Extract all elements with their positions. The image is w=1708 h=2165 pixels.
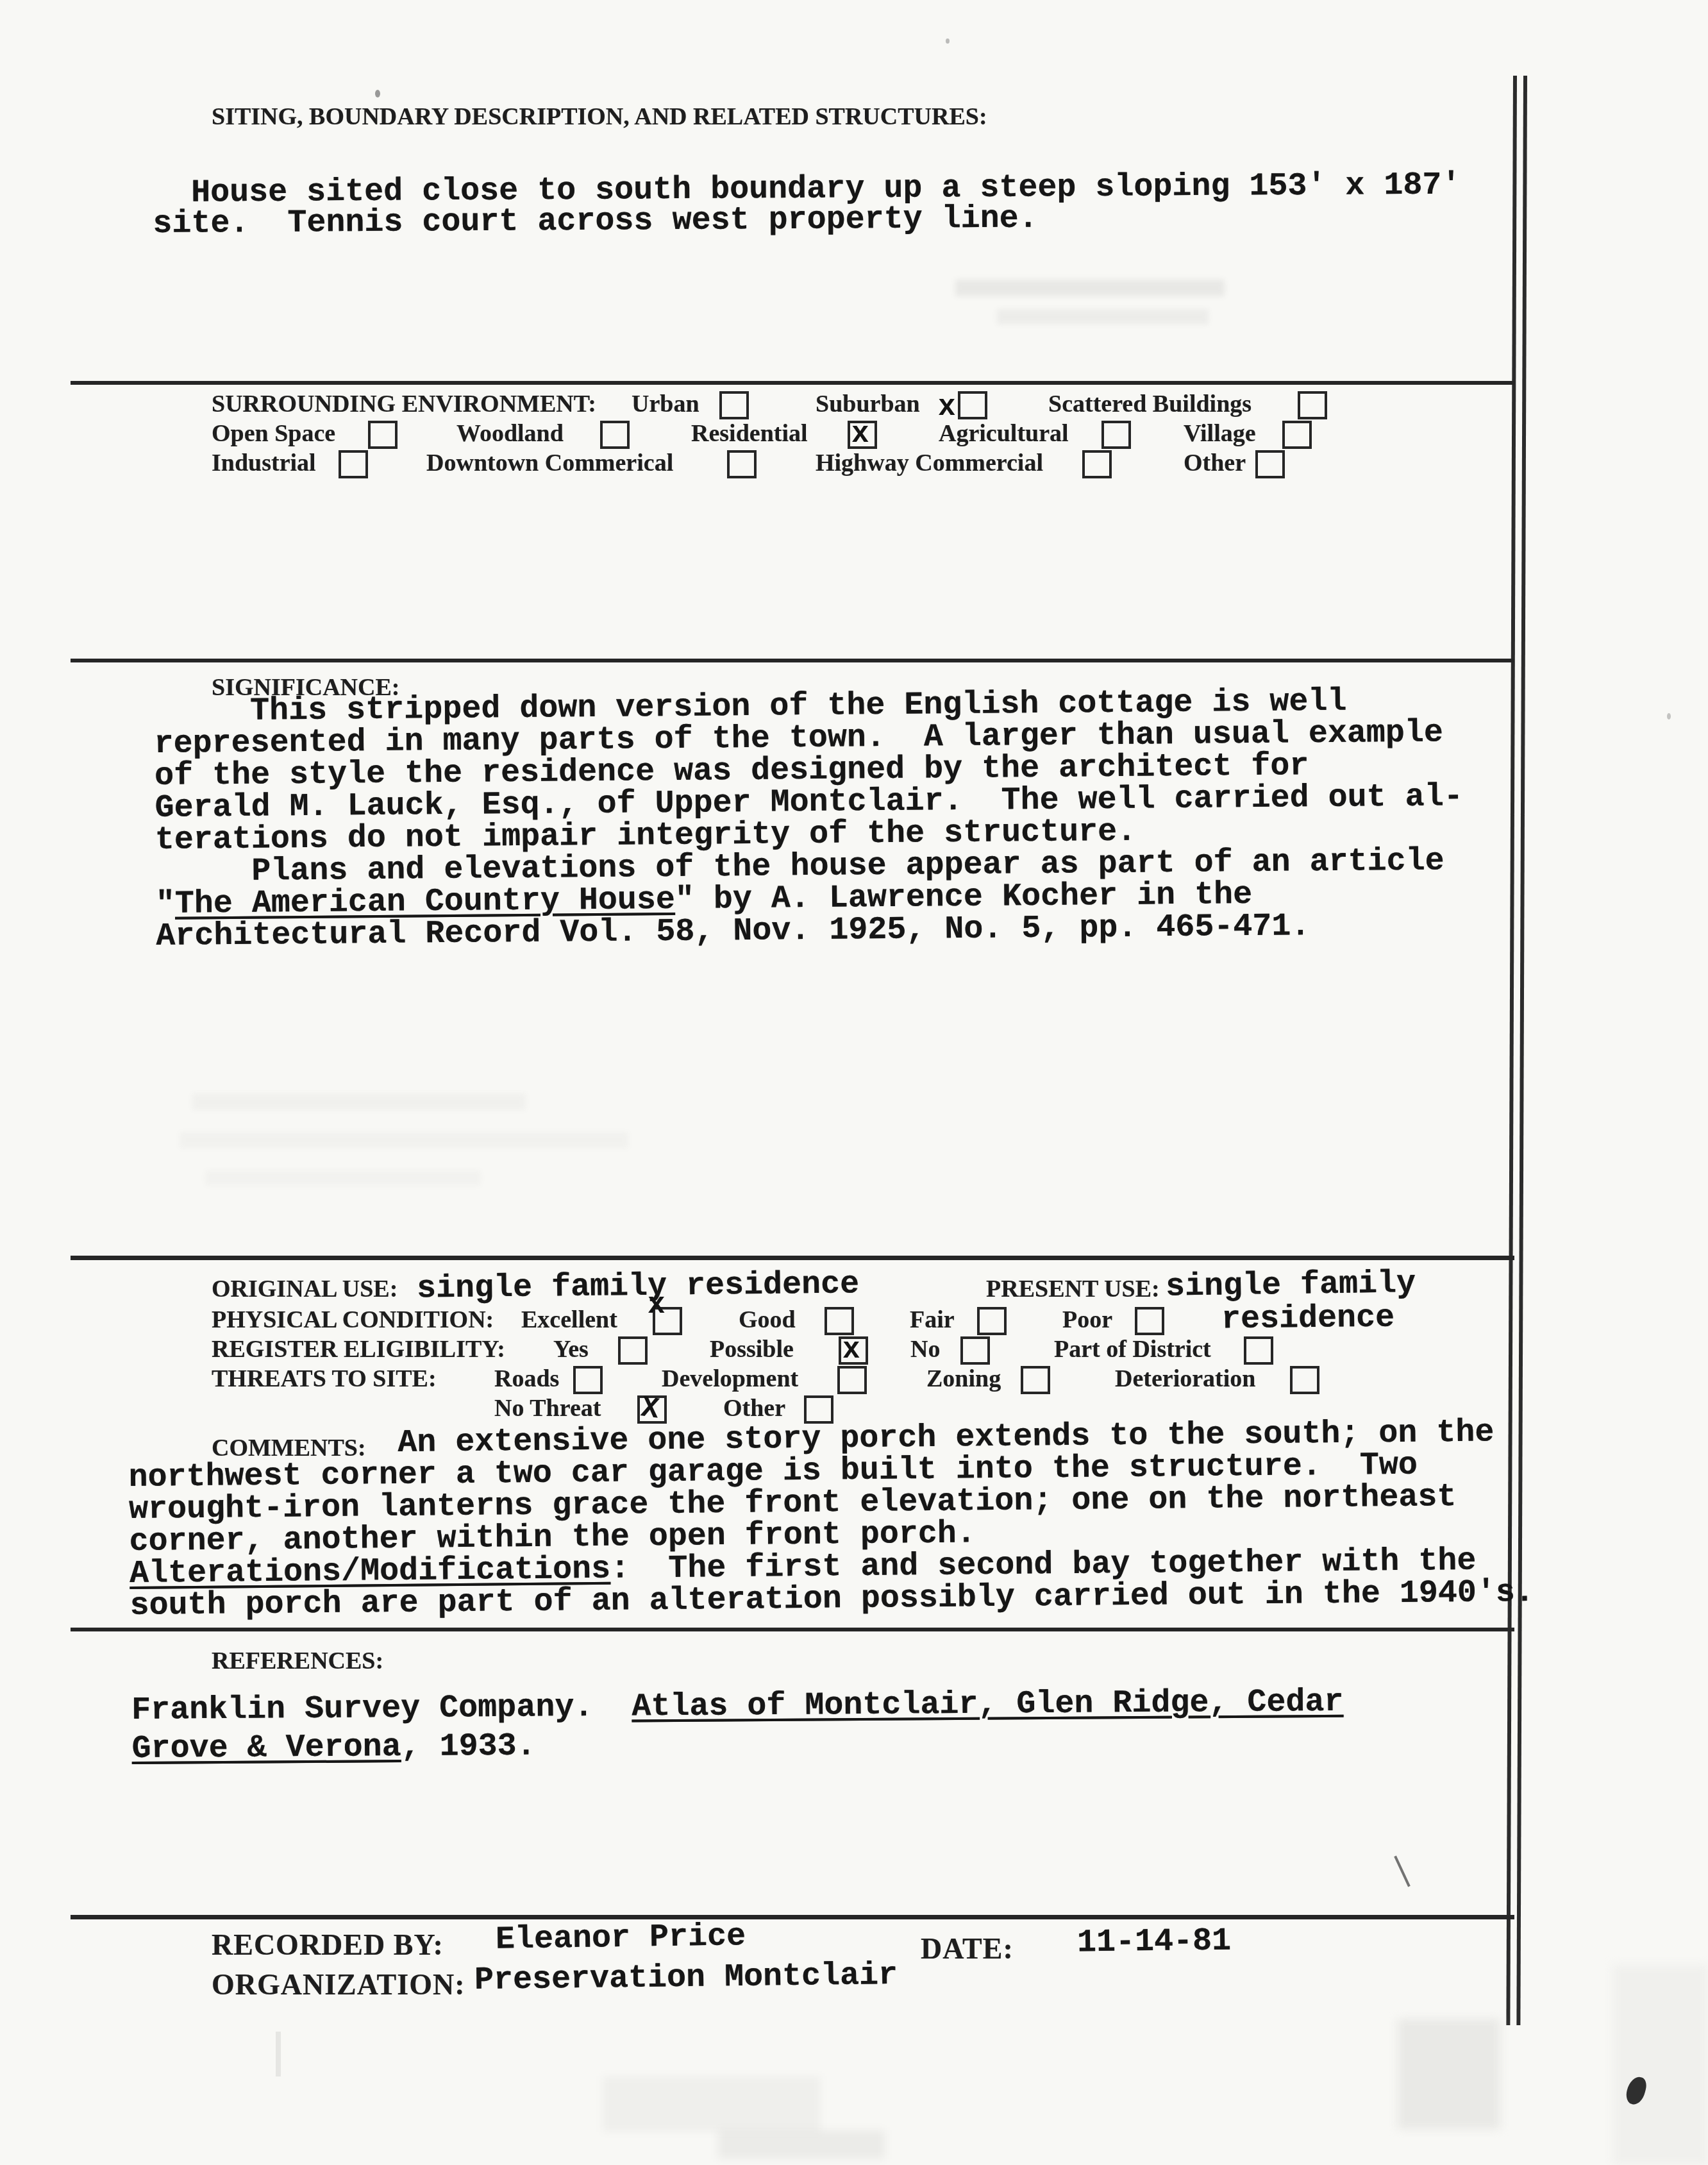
- recorded-by-value: Eleanor Price: [496, 1918, 746, 1958]
- checkbox-label-other-env: Other: [1184, 449, 1246, 477]
- checkbox-zoning: [1021, 1366, 1050, 1394]
- checkbox-development: [837, 1366, 867, 1394]
- page-edge-double-line: [1506, 76, 1527, 2025]
- checkbox-open-space: [368, 421, 398, 449]
- organization-value: Preservation Montclair: [474, 1957, 898, 1999]
- checkbox-label-no: No: [910, 1335, 940, 1363]
- threats-row: THREATS TO SITE: Roads Development Zonin…: [0, 1365, 1708, 1397]
- comments-text: An extensive one story porch extends to …: [128, 1417, 1534, 1622]
- checkbox-label-open-space: Open Space: [212, 419, 335, 448]
- checkbox-part-of-district: [1244, 1336, 1273, 1365]
- dust-speck: [375, 90, 380, 97]
- checkbox-agricultural: [1101, 421, 1131, 449]
- section-rule-5: [71, 1915, 1514, 1919]
- checkbox-label-fair: Fair: [910, 1306, 955, 1334]
- environment-row-3: Industrial Downtown Commerical Highway C…: [0, 449, 1708, 481]
- checkbox-label-excellent: Excellent: [521, 1306, 617, 1334]
- scan-smudge: [1398, 2019, 1500, 2129]
- checkbox-good: [825, 1307, 854, 1335]
- checkbox-label-part-of-district: Part of District: [1054, 1335, 1211, 1363]
- use-row: ORIGINAL USE: single family residence PR…: [0, 1275, 1708, 1307]
- bleed-through-ghost: [180, 1132, 628, 1149]
- checkbox-label-industrial: Industrial: [212, 449, 316, 477]
- scan-streak: [276, 2032, 281, 2077]
- checkbox-mark-residential: x: [851, 419, 869, 449]
- date-value: 11-14-81: [1077, 1923, 1232, 1962]
- dust-speck: [1667, 713, 1671, 720]
- dust-speck: [946, 38, 950, 44]
- checkbox-poor: [1135, 1307, 1164, 1335]
- checkbox-industrial: [339, 450, 368, 478]
- significance-text: This stripped down version of the Englis…: [154, 685, 1464, 953]
- checkbox-downtown-commercial: [727, 450, 757, 478]
- checkbox-label-suburban: Suburban: [816, 390, 920, 418]
- environment-row-2: Open Space Woodland Residential x Agricu…: [0, 419, 1708, 451]
- checkbox-label-roads: Roads: [494, 1365, 559, 1393]
- checkbox-deterioration: [1290, 1366, 1319, 1394]
- references-text: Franklin Survey Company. Atlas of Montcl…: [131, 1683, 1344, 1769]
- checkbox-no-threat: X: [637, 1395, 667, 1424]
- bleed-through-ghost: [955, 280, 1225, 296]
- scan-smudge: [718, 2130, 885, 2159]
- bleed-through-ghost: [192, 1093, 526, 1110]
- section-rule-2: [71, 659, 1514, 662]
- checkbox-other-env: [1255, 450, 1285, 478]
- threats-label: THREATS TO SITE:: [212, 1365, 437, 1393]
- checkbox-highway-commercial: [1082, 450, 1112, 478]
- checkbox-label-downtown-commercial: Downtown Commerical: [426, 449, 673, 477]
- scan-smudge: [1613, 1965, 1708, 2165]
- checkbox-mark-excellent: x: [648, 1290, 666, 1320]
- checkbox-village: [1282, 421, 1312, 449]
- typed-line: site. Tennis court across west property …: [153, 201, 1461, 240]
- recorded-by-label: RECORDED BY:: [212, 1928, 444, 1962]
- checkbox-other-threat: [804, 1395, 833, 1424]
- environment-label: SURROUNDING ENVIRONMENT:: [212, 390, 596, 418]
- checkbox-label-other-threat: Other: [723, 1394, 785, 1422]
- original-use-value: single family residence: [417, 1266, 860, 1307]
- references-label: REFERENCES:: [212, 1647, 383, 1675]
- checkbox-mark-suburban: x: [938, 392, 956, 422]
- present-use-label: PRESENT USE:: [986, 1275, 1160, 1303]
- organization-label: ORGANIZATION:: [212, 1967, 465, 2001]
- stray-pen-mark: [1394, 1856, 1411, 1887]
- checkbox-label-scattered-buildings: Scattered Buildings: [1048, 390, 1252, 418]
- section-rule-4: [71, 1628, 1514, 1631]
- checkbox-excellent: x: [653, 1307, 682, 1335]
- section-rule-3: [71, 1256, 1514, 1260]
- checkbox-label-residential: Residential: [691, 419, 808, 448]
- checkbox-mark-no-threat: X: [639, 1393, 661, 1424]
- checkbox-label-deterioration: Deterioration: [1115, 1365, 1255, 1393]
- register-eligibility-label: REGISTER ELIGIBILITY:: [212, 1335, 505, 1363]
- checkbox-label-yes: Yes: [553, 1335, 589, 1363]
- checkbox-scattered-buildings: [1298, 391, 1327, 419]
- checkbox-fair: [977, 1307, 1007, 1335]
- checkbox-label-poor: Poor: [1062, 1306, 1112, 1334]
- date-label: DATE:: [921, 1932, 1014, 1966]
- checkbox-woodland: [600, 421, 630, 449]
- register-eligibility-row: REGISTER ELIGIBILITY: Yes Possible x No …: [0, 1335, 1708, 1367]
- checkbox-mark-possible: x: [842, 1335, 860, 1365]
- checkbox-roads: [573, 1366, 603, 1394]
- checkbox-label-no-threat: No Threat: [494, 1394, 601, 1422]
- checkbox-label-urban: Urban: [632, 390, 699, 418]
- checkbox-label-highway-commercial: Highway Commercial: [816, 449, 1043, 477]
- bleed-through-ghost: [997, 309, 1209, 324]
- scan-smudge: [603, 2077, 821, 2132]
- scanned-survey-form-page: SITING, BOUNDARY DESCRIPTION, AND RELATE…: [0, 0, 1708, 2165]
- bleed-through-ghost: [205, 1170, 481, 1186]
- checkbox-possible: x: [839, 1336, 868, 1365]
- checkbox-label-development: Development: [662, 1365, 798, 1393]
- original-use-label: ORIGINAL USE:: [212, 1275, 398, 1303]
- checkbox-residential: x: [848, 421, 877, 449]
- checkbox-yes: [618, 1336, 648, 1365]
- section-rule-1: [71, 381, 1514, 385]
- siting-description-text: House sited close to south boundary up a…: [153, 171, 1461, 240]
- checkbox-label-village: Village: [1184, 419, 1256, 448]
- checkbox-label-possible: Possible: [710, 1335, 794, 1363]
- section-title-siting: SITING, BOUNDARY DESCRIPTION, AND RELATE…: [212, 103, 987, 131]
- checkbox-urban: [719, 391, 749, 419]
- physical-condition-label: PHYSICAL CONDITION:: [212, 1306, 494, 1334]
- checkbox-no: [960, 1336, 990, 1365]
- typed-line: Grove & Verona, 1933.: [131, 1722, 1344, 1769]
- present-use-value-line2: residence: [1221, 1300, 1395, 1338]
- checkbox-label-good: Good: [739, 1306, 796, 1334]
- typed-line: Architectural Record Vol. 58, Nov. 1925,…: [156, 909, 1464, 953]
- checkbox-suburban: x: [958, 391, 987, 419]
- checkbox-label-agricultural: Agricultural: [939, 419, 1069, 448]
- checkbox-label-woodland: Woodland: [456, 419, 564, 448]
- checkbox-label-zoning: Zoning: [926, 1365, 1001, 1393]
